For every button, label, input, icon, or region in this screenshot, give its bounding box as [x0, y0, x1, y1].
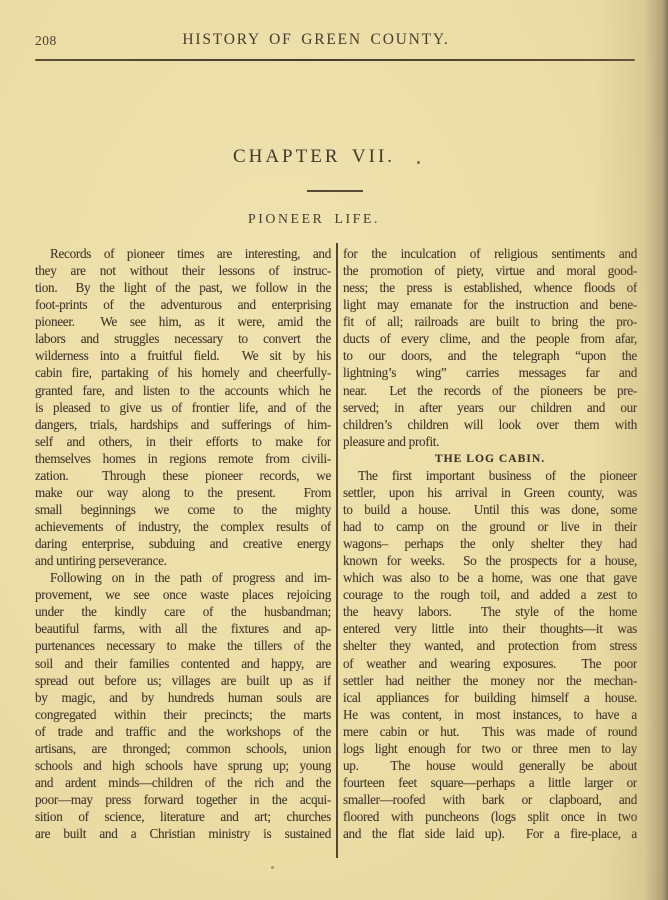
text-line: congregated within their precincts; the … [35, 706, 331, 723]
chapter-divider-rule [307, 190, 363, 192]
two-column-text-block: Records of pioneer times are interesting… [35, 245, 637, 842]
text-line: which was also to be a home, was one tha… [343, 569, 637, 586]
text-line: the heavy labors. The style of the home [343, 603, 637, 620]
text-line: cabin fire, partaking of his homely and … [35, 364, 331, 381]
text-line: they are not without their lessons of in… [35, 262, 331, 279]
text-line: entered very little into their thoughts—… [343, 620, 637, 637]
column-divider-rule [336, 243, 338, 858]
text-line: fit of all; railroads are built to bring… [343, 313, 637, 330]
text-line: sition of science, literature and art; c… [35, 808, 331, 825]
text-line: artisans, are thronged; common schools, … [35, 740, 331, 757]
text-line: settler, upon his arrival in Green count… [343, 484, 637, 501]
text-line: mere cabin or hut. This was made of roun… [343, 723, 637, 740]
text-line: logs light enough for two or three men t… [343, 740, 637, 757]
text-line: children’s children will look over them … [343, 416, 637, 433]
text-line: fourteen feet square—perhaps a little la… [343, 774, 637, 791]
text-line: shelter they wanted, and protection from… [343, 637, 637, 654]
text-line: schools and high schools have sprung up;… [35, 757, 331, 774]
text-line: self and others, in their efforts to mak… [35, 433, 331, 450]
header-rule [35, 59, 635, 61]
text-line: daring enterprise, subduing and creative… [35, 535, 331, 552]
text-line: Records of pioneer times are interesting… [35, 245, 331, 262]
text-line: and untiring perseverance. [35, 552, 331, 569]
book-page-scan: 208 HISTORY OF GREEN COUNTY. CHAPTER VII… [0, 0, 668, 900]
text-line: labors and struggles necessary to conver… [35, 330, 331, 347]
column-divider-wrap [331, 245, 343, 842]
text-line: ical appliances for building himself a h… [343, 689, 637, 706]
text-line: ducts of every clime, and the people fro… [343, 330, 637, 347]
text-line: poor—may press forward together in the a… [35, 791, 331, 808]
text-line: make our way along to the present. From [35, 484, 331, 501]
text-line: under the kindly care of the husbandman; [35, 603, 331, 620]
text-column-right: for the inculcation of religious sentime… [343, 245, 637, 842]
subsection-heading: THE LOG CABIN. [343, 450, 637, 467]
text-line: purtenances necessary to make the tiller… [35, 637, 331, 654]
text-line: had to camp on the ground or live in the… [343, 518, 637, 535]
text-line: light may emanate for the instruction an… [343, 296, 637, 313]
text-line: ness; the press is established, whence f… [343, 279, 637, 296]
text-line: The first important business of the pion… [343, 467, 637, 484]
text-line: beautiful farms, with all the fixtures a… [35, 620, 331, 637]
section-heading: PIONEER LIFE. [0, 211, 628, 227]
text-line: near. Let the records of the pioneers be… [343, 382, 637, 399]
text-line: and the flat side laid up). For a fire-p… [343, 825, 637, 842]
text-line: foot-prints of the adventurous and enter… [35, 296, 331, 313]
text-line: themselves homes in regions remote from … [35, 450, 331, 467]
text-line: pleasure and profit. [343, 433, 637, 450]
text-line: small beginnings we come to the mighty [35, 501, 331, 518]
text-line: to build a house. Until this was done, s… [343, 501, 637, 518]
text-line: pioneer. We see him, as it were, amid th… [35, 313, 331, 330]
text-line: courage to the rough toil, and added a z… [343, 586, 637, 603]
text-line: of trade and traffic and the workshops o… [35, 723, 331, 740]
text-line: is pleased to give us of frontier life, … [35, 399, 331, 416]
text-line: smaller—roofed with bark or clapboard, a… [343, 791, 637, 808]
text-column-left: Records of pioneer times are interesting… [35, 245, 331, 842]
ink-speck [417, 161, 420, 164]
text-line: served; in after years our children and … [343, 399, 637, 416]
text-line: dangers, trials, hardships and suffering… [35, 416, 331, 433]
text-line: settler had neither the money nor the me… [343, 672, 637, 689]
text-line: by magic, and by hundreds human souls ar… [35, 689, 331, 706]
text-line: to our doors, and the telegraph “upon th… [343, 347, 637, 364]
text-line: Following on in the path of progress and… [35, 569, 331, 586]
text-line: of weather and wearing exposures. The po… [343, 655, 637, 672]
text-line: are built and a Christian ministry is su… [35, 825, 331, 842]
text-line: floored with puncheons (logs split once … [343, 808, 637, 825]
text-line: tion. By the light of the past, we follo… [35, 279, 331, 296]
chapter-heading: CHAPTER VII. [0, 146, 628, 168]
text-line: known for weeks. So the prospects for a … [343, 552, 637, 569]
text-line: granted fare, and listen to the accounts… [35, 382, 331, 399]
text-line: zation. Through these pioneer records, w… [35, 467, 331, 484]
text-line: lightning’s wing” carries messages far a… [343, 364, 637, 381]
ink-speck [271, 866, 274, 869]
text-line: wagons– perhaps the only shelter they ha… [343, 535, 637, 552]
text-line: spread out before us; villages are built… [35, 672, 331, 689]
text-line: and ardent minds—children of the rich an… [35, 774, 331, 791]
text-line: achievements of industry, the complex re… [35, 518, 331, 535]
text-line: provement, we see once waste places rejo… [35, 586, 331, 603]
text-line: the promotion of piety, virtue and moral… [343, 262, 637, 279]
running-title: HISTORY OF GREEN COUNTY. [0, 31, 632, 49]
text-line: up. The house would generally be about [343, 757, 637, 774]
text-line: for the inculcation of religious sentime… [343, 245, 637, 262]
text-line: He was content, in most instances, to ha… [343, 706, 637, 723]
text-line: soil and their families contented and ha… [35, 655, 331, 672]
text-line: wilderness into a fruitful field. We sit… [35, 347, 331, 364]
